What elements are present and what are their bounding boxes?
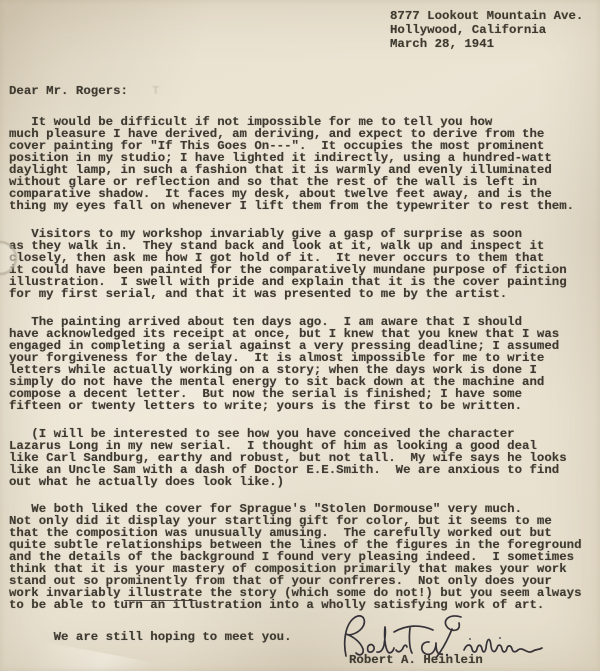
paragraph-1: It would be difficult if not impossible … xyxy=(9,116,574,212)
paragraph-4: (I will be interested to see how you hav… xyxy=(9,428,567,488)
salutation: Dear Mr. Rogers: xyxy=(9,85,128,97)
sender-address-block: 8777 Lookout Mountain Ave. Hollywood, Ca… xyxy=(390,9,583,51)
letter-page: 8777 Lookout Mountain Ave. Hollywood, Ca… xyxy=(0,0,600,671)
paragraph-3: The painting arrived about ten days ago.… xyxy=(9,316,559,412)
typed-signature: Robert A. Heinlein xyxy=(349,654,483,666)
paragraph-5: We both liked the cover for Sprague's "S… xyxy=(9,503,582,611)
underline-illustrate xyxy=(124,600,197,601)
closing-line: We are still hoping to meet you. xyxy=(9,631,292,643)
ink-ghost-mark: T xyxy=(152,84,159,98)
paragraph-2: Visitors to my workshop invariably give … xyxy=(9,228,567,300)
